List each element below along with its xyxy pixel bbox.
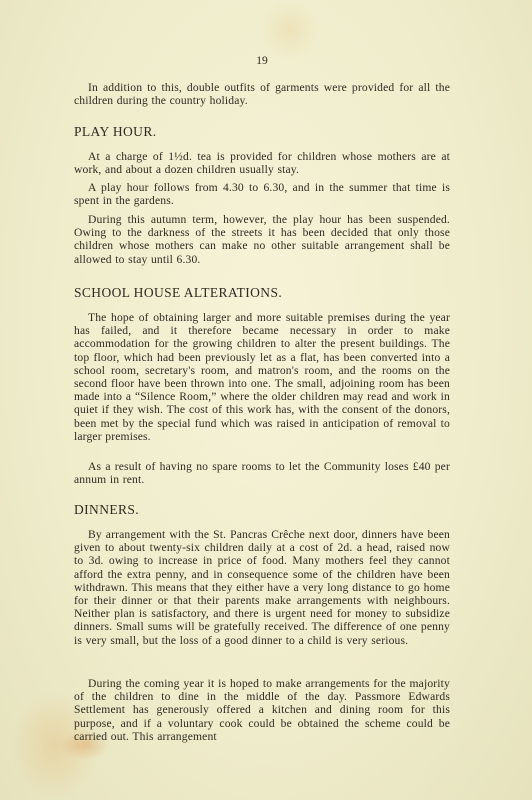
section-heading-school-house-alterations: SCHOOL HOUSE ALTERATIONS. — [74, 285, 282, 301]
play-hour-paragraph-2: A play hour follows from 4.30 to 6.30, a… — [74, 181, 450, 207]
section-heading-play-hour: PLAY HOUR. — [74, 124, 157, 140]
alterations-paragraph-2: As a result of having no spare rooms to … — [74, 460, 450, 486]
section-heading-dinners: DINNERS. — [74, 502, 139, 518]
alterations-paragraph-1: The hope of obtaining larger and more su… — [74, 311, 450, 443]
dinners-paragraph-2: During the coming year it is hoped to ma… — [74, 677, 450, 743]
play-hour-paragraph-3: During this autumn term, however, the pl… — [74, 213, 450, 266]
intro-paragraph: In addition to this, double outfits of g… — [74, 81, 450, 107]
page-number: 19 — [74, 55, 450, 67]
play-hour-paragraph-1: At a charge of 1½d. tea is provided for … — [74, 150, 450, 176]
paper-stain — [260, 0, 320, 60]
dinners-paragraph-1: By arrangement with the St. Pancras Crêc… — [74, 528, 450, 647]
